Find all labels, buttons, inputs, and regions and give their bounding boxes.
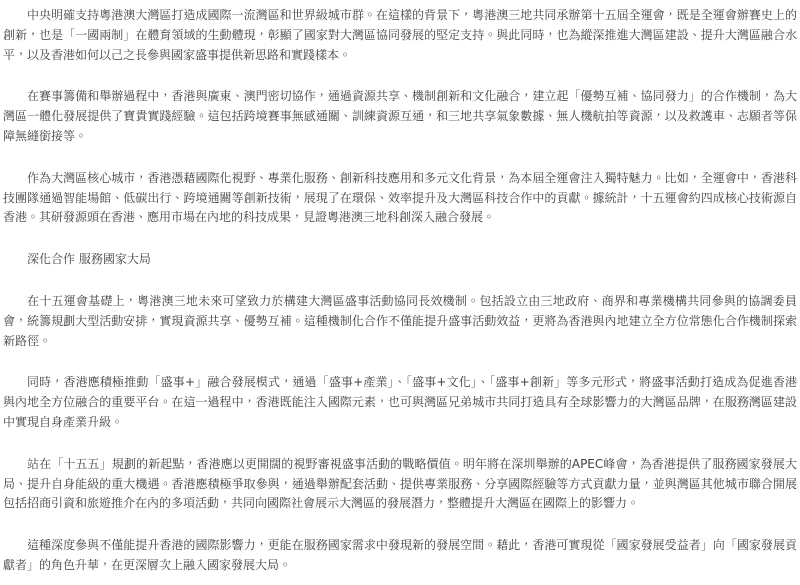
paragraph-hongkong-core-city-tech: 作為大灣區核心城市，香港憑藉國際化視野、專業化服務、創新科技應用和多元文化背景，… — [3, 169, 797, 228]
paragraph-long-term-mechanism: 在十五運會基礎上，粵港澳三地未來可望致力於構建大灣區盛事活動協同長效機制。包括設… — [3, 292, 797, 351]
paragraph-event-preparation-cooperation: 在賽事籌備和舉辦過程中，香港與廣東、澳門密切協作，通過資源共享、機制創新和文化融… — [3, 87, 797, 146]
article-body: 中央明確支持粵港澳大灣區打造成國際一流灣區和世界級城市群。在這樣的背景下，粵港澳… — [0, 0, 800, 585]
section-subheading-deepen-cooperation: 深化合作 服務國家大局 — [3, 250, 797, 270]
paragraph-central-support: 中央明確支持粵港澳大灣區打造成國際一流灣區和世界級城市群。在這樣的背景下，粵港澳… — [3, 6, 797, 65]
paragraph-fifteenth-five-year-plan-apec: 站在「十五五」規劃的新起點，香港應以更開闊的視野審視盛事活動的戰略價值。明年將在… — [3, 455, 797, 514]
paragraph-role-elevation-conclusion: 這種深度參與不僅能提升香港的國際影響力，更能在服務國家需求中發現新的發展空間。藉… — [3, 536, 797, 576]
paragraph-mega-event-plus-model: 同時，香港應積極推動「盛事+」融合發展模式，通過「盛事+產業」、「盛事+文化」、… — [3, 373, 797, 432]
